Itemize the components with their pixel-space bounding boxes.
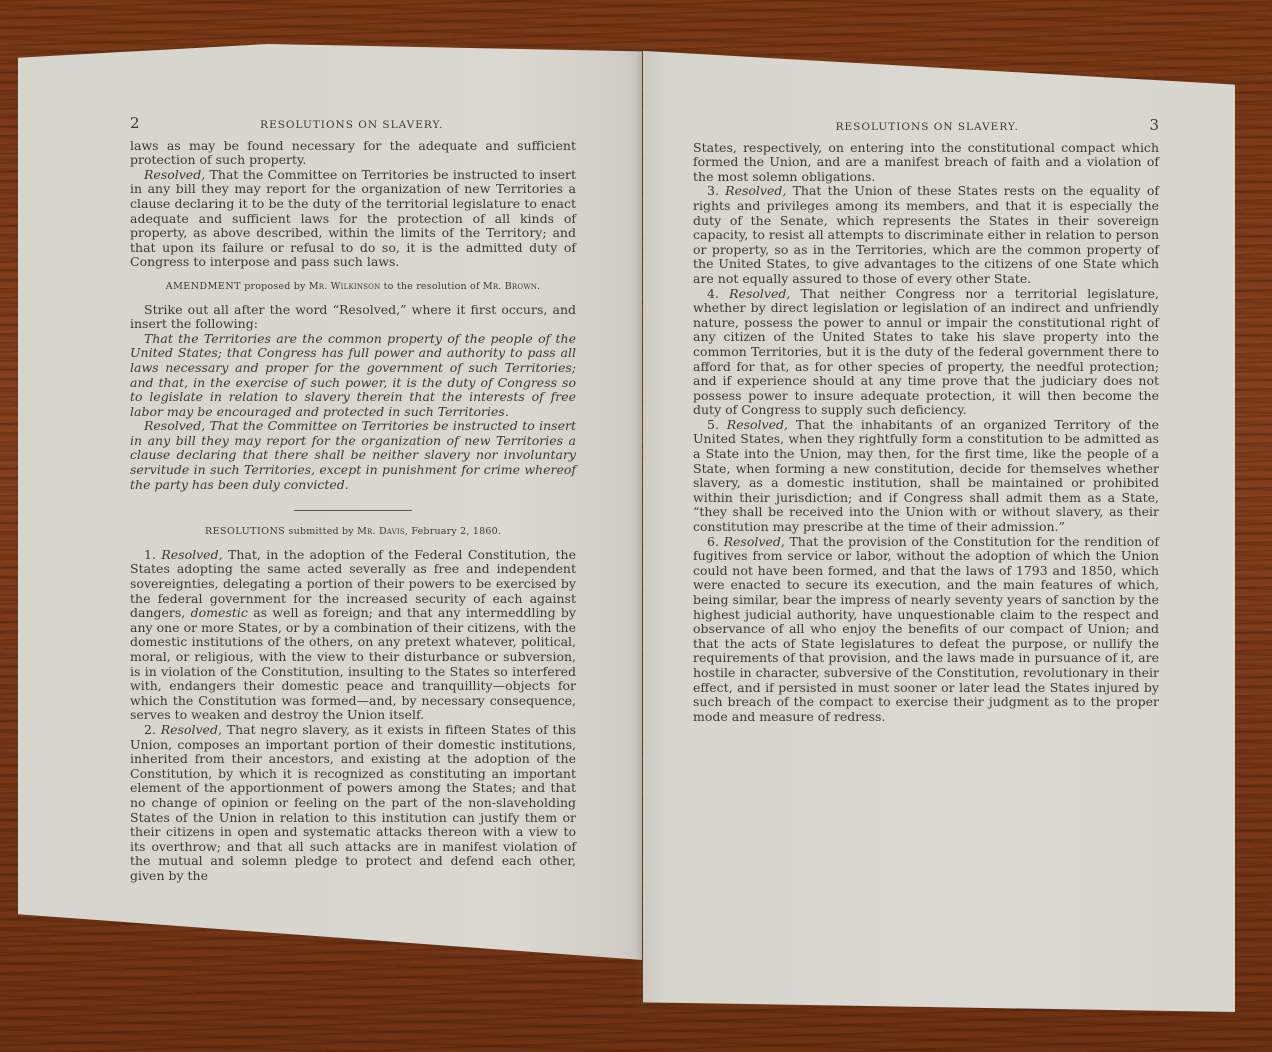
paragraph-italic: That the Territories are the common prop… <box>130 332 576 420</box>
italic-word: domestic <box>191 605 248 620</box>
resolution-body: That neither Congress nor a territorial … <box>693 286 1159 418</box>
resolution-body: That the provision of the Constitution f… <box>693 534 1159 724</box>
heading-text: submitted by <box>285 526 357 537</box>
resolution-body: as well as foreign; and that any interme… <box>130 605 576 722</box>
section-divider <box>294 510 412 511</box>
left-page: 2 RESOLUTIONS ON SLAVERY. laws as may be… <box>18 44 642 960</box>
paragraph: Strike out all after the word “Resolved,… <box>130 303 576 332</box>
resolution-1: 1. Resolved, That, in the adoption of th… <box>130 548 576 723</box>
right-page: RESOLUTIONS ON SLAVERY. 3 States, respec… <box>643 46 1235 1012</box>
heading-name: Mr. Wilkinson <box>309 281 381 292</box>
resolution-6: 6. Resolved, That the provision of the C… <box>693 535 1159 725</box>
resolution-number: 4. <box>707 286 729 301</box>
heading-name: Mr. Brown. <box>483 281 540 292</box>
resolution-3: 3. Resolved, That the Union of these Sta… <box>693 184 1159 286</box>
resolved-lead: Resolved, <box>724 534 785 549</box>
resolution-number: 1. <box>144 547 161 562</box>
resolution-4: 4. Resolved, That neither Congress nor a… <box>693 287 1159 418</box>
paragraph-body: That the Committee on Territories be ins… <box>130 167 576 270</box>
heading-caps: RESOLUTIONS <box>205 526 285 537</box>
resolution-body: That the inhabitants of an organized Ter… <box>693 417 1159 534</box>
paragraph-italic: Resolved, That the Committee on Territor… <box>130 419 576 492</box>
amendment-heading: AMENDMENT proposed by Mr. Wilkinson to t… <box>130 280 576 295</box>
resolved-lead: Resolved, <box>727 417 788 432</box>
page-number: 2 <box>130 116 140 131</box>
heading-caps: AMENDMENT <box>166 281 241 292</box>
paragraph: States, respectively, on entering into t… <box>693 141 1159 185</box>
heading-text: to the resolution of <box>380 281 482 292</box>
right-page-content: RESOLUTIONS ON SLAVERY. 3 States, respec… <box>693 118 1159 724</box>
davis-resolutions-heading: RESOLUTIONS submitted by Mr. Davis, Febr… <box>130 525 576 540</box>
left-running-head: 2 RESOLUTIONS ON SLAVERY. <box>130 116 576 133</box>
heading-name: Mr. Davis <box>357 526 405 537</box>
resolved-lead: Resolved, <box>144 167 205 182</box>
right-running-head: RESOLUTIONS ON SLAVERY. 3 <box>693 118 1159 135</box>
paragraph: laws as may be found necessary for the a… <box>130 139 576 168</box>
resolution-2: 2. Resolved, That negro slavery, as it e… <box>130 723 576 884</box>
resolved-lead: Resolved, <box>161 547 222 562</box>
resolved-lead: Resolved, <box>161 722 222 737</box>
resolution-number: 6. <box>707 534 724 549</box>
resolved-lead: Resolved, <box>729 286 790 301</box>
resolution-body: That negro slavery, as it exists in fift… <box>130 722 576 883</box>
resolved-lead: Resolved, <box>725 183 786 198</box>
running-head-title: RESOLUTIONS ON SLAVERY. <box>260 118 443 133</box>
paragraph: Resolved, That the Committee on Territor… <box>130 168 576 270</box>
resolution-body: That the Union of these States rests on … <box>693 183 1159 286</box>
heading-text: proposed by <box>241 281 309 292</box>
left-page-content: 2 RESOLUTIONS ON SLAVERY. laws as may be… <box>130 116 576 884</box>
resolution-number: 2. <box>144 722 161 737</box>
page-number: 3 <box>1149 118 1159 133</box>
resolution-number: 5. <box>707 417 727 432</box>
running-head-title: RESOLUTIONS ON SLAVERY. <box>836 120 1019 135</box>
resolution-5: 5. Resolved, That the inhabitants of an … <box>693 418 1159 535</box>
heading-text: , February 2, 1860. <box>405 526 501 537</box>
resolution-number: 3. <box>707 183 725 198</box>
